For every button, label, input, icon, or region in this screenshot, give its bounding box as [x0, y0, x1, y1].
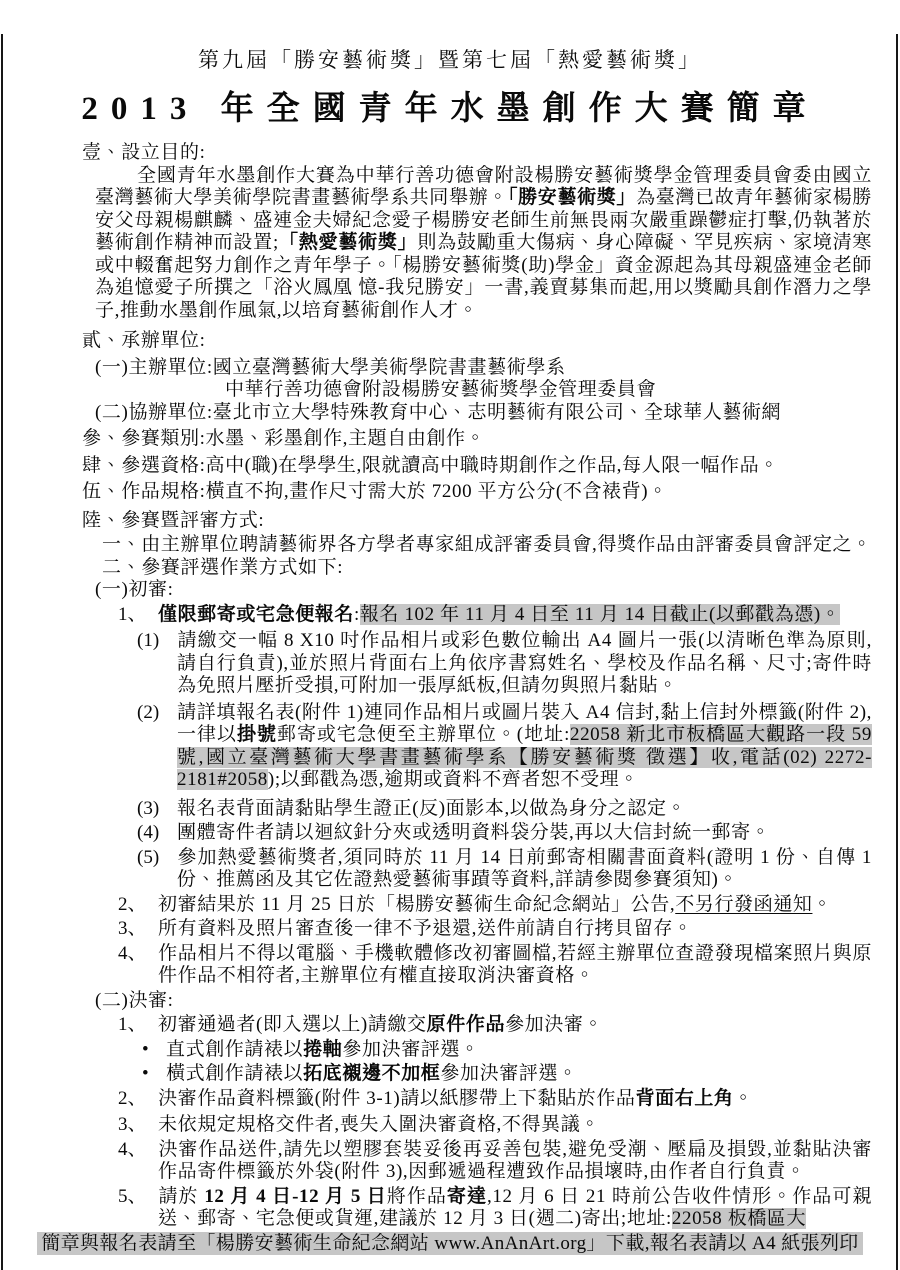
list-label: (5) — [137, 847, 177, 870]
text-run: 橫式創作請裱以 — [166, 1063, 303, 1084]
text-run: 未依規定規格交件者,喪失入圍決審資格,不得異議。 — [158, 1114, 600, 1135]
text-run: 作品相片不得以電腦、手機軟體修改初審圖檔,若經主辦單位查證發現檔案照片與原件作品… — [158, 943, 872, 987]
text-run: 參加決審評選。 — [440, 1063, 577, 1084]
doc-line: 貳、承辦單位: — [82, 330, 872, 353]
text-run: 參、參賽類別:水墨、彩墨創作,主題自由創作。 — [82, 428, 485, 449]
doc-line: 一、由主辦單位聘請藝術界各方學者專家組成評審委員會,得獎作品由評審委員會評定之。 — [102, 534, 872, 557]
document-footer: 簡章與報名表請至「楊勝安藝術生命紀念網站 www.AnAnArt.org」下載,… — [0, 1228, 900, 1255]
text-run: 參加決審評選。 — [342, 1039, 479, 1060]
doc-line: 3、所有資料及照片審查後一律不予退還,送件前請自行拷貝留存。 — [118, 918, 872, 941]
text-run: 掛號 — [237, 724, 277, 745]
doc-line: 壹、設立目的: — [82, 142, 872, 165]
text-run: 捲軸 — [303, 1039, 342, 1060]
text-run: 肆、參選資格:高中(職)在學學生,限就讀高中職時期創作之作品,每人限一幅作品。 — [82, 455, 779, 476]
text-run: 所有資料及照片審查後一律不予退還,送件前請自行拷貝留存。 — [158, 918, 693, 939]
text-run: 初審結果於 11 月 25 日於「楊勝安藝術生命紀念網站」公告, — [158, 894, 675, 915]
document-subtitle: 第九屆「勝安藝術獎」暨第七屆「熱愛藝術獎」 — [0, 44, 900, 74]
list-label: 2、 — [118, 1088, 158, 1111]
doc-line: 1、僅限郵寄或宅急便報名:報名 102 年 11 月 4 日至 11 月 14 … — [118, 604, 872, 627]
list-label: (1) — [137, 630, 177, 653]
list-label: 2、 — [118, 894, 158, 917]
list-label: 3、 — [118, 1114, 158, 1137]
list-label: 4、 — [118, 943, 158, 966]
text-run: 報名表背面請黏貼學生證正(反)面影本,以做為身分之認定。 — [177, 798, 686, 819]
list-label: 3、 — [118, 918, 158, 941]
text-run: 僅限郵寄或宅急便報名 — [158, 604, 354, 625]
text-run: 決審作品資料標籤(附件 3-1)請以紙膠帶上下黏貼於作品 — [158, 1088, 636, 1109]
doc-line: (2)請詳填報名表(附件 1)連同作品相片或圖片裝入 A4 信封,黏上信封外標籤… — [137, 702, 872, 792]
text-run: (二)協辦單位:臺北市立大學特殊教育中心、志明藝術有限公司、全球華人藝術網 — [95, 402, 781, 423]
text-run: 將作品 — [387, 1186, 447, 1207]
text-run: 二、參賽評選作業方式如下: — [102, 557, 343, 578]
doc-line: •橫式創作請裱以拓底襯邊不加框參加決審評選。 — [142, 1063, 872, 1086]
text-run: 初審通過者(即入選以上)請繳交 — [158, 1014, 427, 1035]
doc-line: (二)協辦單位:臺北市立大學特殊教育中心、志明藝術有限公司、全球華人藝術網 — [95, 402, 872, 425]
doc-line: 二、參賽評選作業方式如下: — [102, 557, 872, 580]
doc-line: 3、未依規定規格交件者,喪失入圍決審資格,不得異議。 — [118, 1114, 872, 1137]
doc-line: (3)報名表背面請黏貼學生證正(反)面影本,以做為身分之認定。 — [137, 798, 872, 821]
doc-line: 伍、作品規格:橫直不拘,畫作尺寸需大於 7200 平方公分(不含裱背)。 — [82, 481, 872, 504]
text-run: 直式創作請裱以 — [166, 1039, 303, 1060]
text-run: (一)初審: — [95, 579, 174, 600]
text-run: (二)決審: — [95, 990, 174, 1011]
doc-line: (一)主辦單位:國立臺灣藝術大學美術學院書畫藝術學系 — [95, 357, 872, 380]
document-title: 2013 年全國青年水墨創作大賽簡章 — [0, 82, 900, 129]
list-label: 1、 — [118, 604, 158, 627]
footer-note: 簡章與報名表請至「楊勝安藝術生命紀念網站 www.AnAnArt.org」下載,… — [37, 1232, 863, 1255]
doc-line: 5、請於 12 月 4 日-12 月 5 日將作品寄達,12 月 6 日 21 … — [118, 1186, 872, 1231]
document-page: { "colors": { "highlight": "#c6c6c6", "t… — [0, 0, 900, 1270]
text-run: 。 — [734, 1088, 754, 1109]
text-run: 一、由主辦單位聘請藝術界各方學者專家組成評審委員會,得獎作品由評審委員會評定之。 — [102, 534, 872, 555]
text-run: 團體寄件者請以迴紋針分夾或透明資料袋分裝,再以大信封統一郵寄。 — [177, 822, 770, 843]
text-run: 請繳交一幅 8 X10 吋作品相片或彩色數位輸出 A4 圖片一張(以清晰色準為原… — [177, 630, 872, 696]
text-run: 貳、承辦單位: — [82, 330, 205, 351]
doc-line: 4、作品相片不得以電腦、手機軟體修改初審圖檔,若經主辦單位查證發現檔案照片與原件… — [118, 943, 872, 988]
scan-edge-right — [896, 34, 898, 1270]
doc-line: (二)決審: — [95, 990, 872, 1013]
list-label: 4、 — [118, 1139, 158, 1162]
doc-line: (5)參加熱愛藝術獎者,須同時於 11 月 14 日前郵寄相關書面資料(證明 1… — [137, 847, 872, 892]
doc-line: 全國青年水墨創作大賽為中華行善功德會附設楊勝安藝術獎學金管理委員會委由國立臺灣藝… — [95, 165, 872, 323]
doc-line: (1)請繳交一幅 8 X10 吋作品相片或彩色數位輸出 A4 圖片一張(以清晰色… — [137, 630, 872, 698]
text-run: 請於 — [158, 1186, 204, 1207]
document-header: 第九屆「勝安藝術獎」暨第七屆「熱愛藝術獎」 2013 年全國青年水墨創作大賽簡章 — [0, 0, 900, 129]
doc-line: 陸、參賽暨評審方式: — [82, 510, 872, 533]
text-run: 原件作品 — [427, 1014, 505, 1035]
text-run: 伍、作品規格:橫直不拘,畫作尺寸需大於 7200 平方公分(不含裱背)。 — [82, 481, 668, 502]
doc-line: 中華行善功德會附設楊勝安藝術獎學金管理委員會 — [225, 379, 872, 402]
list-label: • — [142, 1039, 166, 1062]
text-run: 中華行善功德會附設楊勝安藝術獎學金管理委員會 — [225, 379, 656, 400]
doc-line: 1、初審通過者(即入選以上)請繳交原件作品參加決審。 — [118, 1014, 872, 1037]
doc-line: (4)團體寄件者請以迴紋針分夾或透明資料袋分裝,再以大信封統一郵寄。 — [137, 822, 872, 845]
list-label: • — [142, 1063, 166, 1086]
text-run: 拓底襯邊不加框 — [303, 1063, 440, 1084]
text-run: 背面右上角 — [636, 1088, 734, 1109]
doc-line: 2、初審結果於 11 月 25 日於「楊勝安藝術生命紀念網站」公告,不另行發函通… — [118, 894, 872, 917]
doc-line: •直式創作請裱以捲軸參加決審評選。 — [142, 1039, 872, 1062]
list-label: (2) — [137, 702, 177, 725]
text-run: 決審作品送件,請先以塑膠套裝妥後再妥善包裝,避免受潮、壓扁及損毀,並黏貼決審作品… — [158, 1139, 872, 1183]
doc-line: 參、參賽類別:水墨、彩墨創作,主題自由創作。 — [82, 428, 872, 451]
text-run: 參加熱愛藝術獎者,須同時於 11 月 14 日前郵寄相關書面資料(證明 1 份、… — [177, 847, 872, 891]
text-run: 壹、設立目的: — [82, 142, 205, 163]
list-label: (4) — [137, 822, 177, 845]
list-label: (3) — [137, 798, 177, 821]
text-run: 「勝安藝術獎」 — [508, 187, 636, 208]
text-run: 報名 102 年 11 月 4 日至 11 月 14 日截止(以郵戳為憑)。 — [360, 604, 841, 625]
text-run: 「熱愛藝術獎」 — [279, 232, 418, 253]
text-run: 郵寄或宅急便至主辦單位。(地址: — [277, 724, 570, 745]
doc-line: 肆、參選資格:高中(職)在學學生,限就讀高中職時期創作之作品,每人限一幅作品。 — [82, 455, 872, 478]
doc-line: 4、決審作品送件,請先以塑膠套裝妥後再妥善包裝,避免受潮、壓扁及損毀,並黏貼決審… — [118, 1139, 872, 1184]
list-label: 1、 — [118, 1014, 158, 1037]
list-label: 5、 — [118, 1186, 158, 1209]
doc-body: 壹、設立目的:全國青年水墨創作大賽為中華行善功德會附設楊勝安藝術獎學金管理委員會… — [82, 142, 872, 1231]
text-run: 。 — [812, 894, 832, 915]
text-run: 寄達 — [447, 1186, 487, 1207]
doc-line: (一)初審: — [95, 579, 872, 602]
text-run: (一)主辦單位:國立臺灣藝術大學美術學院書畫藝術學系 — [95, 357, 566, 378]
text-run: 不另行發函通知 — [675, 894, 812, 915]
doc-line: 2、決審作品資料標籤(附件 3-1)請以紙膠帶上下黏貼於作品背面右上角。 — [118, 1088, 872, 1111]
text-run: 22058 板橋區大 — [672, 1208, 806, 1229]
scan-edge-left — [1, 34, 3, 1270]
text-run: 12 月 4 日-12 月 5 日 — [204, 1186, 386, 1207]
text-run: 陸、參賽暨評審方式: — [82, 510, 264, 531]
text-run: 參加決審。 — [505, 1014, 603, 1035]
text-run: );以郵戳為憑,逾期或資料不齊者恕不受理。 — [268, 769, 639, 790]
